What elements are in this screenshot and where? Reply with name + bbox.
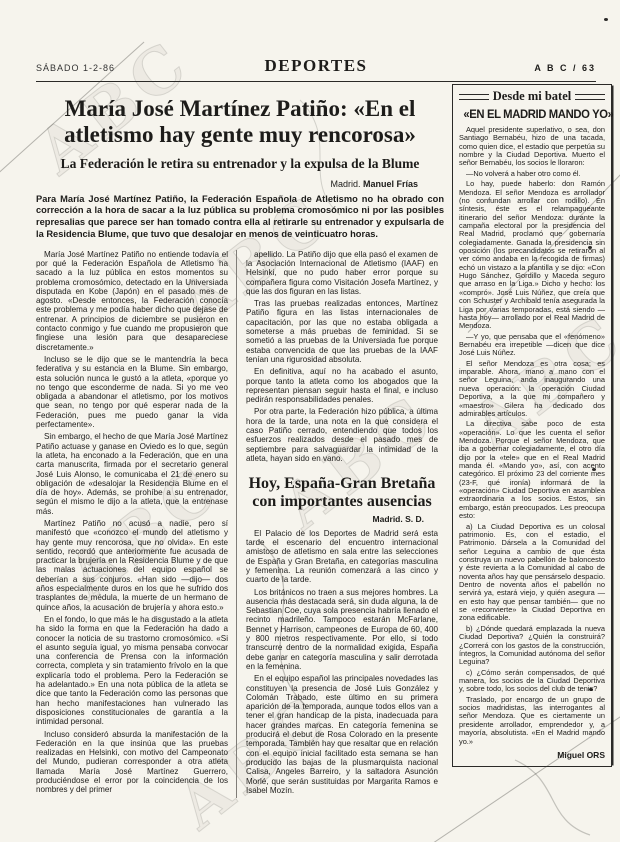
byline-author: Manuel Frías [363, 179, 418, 189]
title-rule-right [575, 94, 605, 100]
paragraph: Incluso consideró absurda la manifestaci… [36, 730, 228, 795]
scan-speck [604, 18, 608, 21]
subarticle-title-line-1: Hoy, España-Gran Bretaña [246, 475, 438, 493]
paragraph: Sin embargo, el hecho de que María José … [36, 432, 228, 516]
opinion-signature: Miguel ORS [459, 750, 605, 760]
paragraph: Incluso se le dijo que se le mantendría … [36, 355, 228, 429]
paragraph: Lo hay, puede haberlo: don Ramón Mendoza… [459, 180, 605, 330]
paragraph: Traslado, por encargo de un grupo de soc… [459, 696, 605, 746]
opinion-body: Aquel presidente superlativo, o sea, don… [459, 126, 605, 746]
paragraph: Aquel presidente superlativo, o sea, don… [459, 126, 605, 168]
paragraph: El señor Mendoza es otra cosa; es impara… [459, 360, 605, 419]
paragraph: Martínez Patiño no acusó a nadie, pero s… [36, 519, 228, 612]
subarticle: Hoy, España-Gran Bretaña con importantes… [246, 475, 438, 795]
paragraph: La directiva sabe poco de esta «operació… [459, 420, 605, 520]
article-byline: Madrid. Manuel Frías [36, 179, 418, 189]
newspaper-page: ABC ABC ABC ABC ABC ABC SÁBADO 1-2-86 DE… [0, 0, 620, 842]
article-column-right: apellido. La Patiño dijo que ella pasó e… [236, 250, 438, 798]
column-right-text: apellido. La Patiño dijo que ella pasó e… [246, 250, 438, 464]
paragraph: María José Martínez Patiño no entiende t… [36, 250, 228, 352]
headline-line-2: atletismo hay gente muy rencorosa» [36, 122, 444, 148]
article-headline: María José Martínez Patiño: «En el atlet… [36, 96, 444, 148]
paragraph: —Y yo, que pensaba que el «fenómeno» Ber… [459, 333, 605, 358]
opinion-column-box: Desde mi batel «EN EL MADRID MANDO YO» A… [452, 84, 612, 767]
opinion-headline: «EN EL MADRID MANDO YO» [463, 107, 600, 121]
main-article: María José Martínez Patiño: «En el atlet… [36, 86, 444, 798]
paragraph: apellido. La Patiño dijo que ella pasó e… [246, 250, 438, 296]
section-title: DEPORTES [186, 56, 446, 76]
title-rule-left [459, 94, 489, 100]
subarticle-title: Hoy, España-Gran Bretaña con importantes… [246, 475, 438, 511]
paragraph: Por otra parte, la Federación hizo públi… [246, 407, 438, 463]
article-columns: María José Martínez Patiño no entiende t… [36, 250, 444, 798]
subarticle-byline: Madrid. S. D. [246, 515, 424, 525]
paragraph: El Palacio de los Deportes de Madrid ser… [246, 529, 438, 585]
headline-line-1: María José Martínez Patiño: «En el [36, 96, 444, 122]
article-subhead: La Federación le retira su entrenador y … [36, 156, 444, 172]
paragraph: —No volverá a haber otro como él. [459, 170, 605, 178]
lead-paragraph: Para María José Martínez Patiño, la Fede… [36, 194, 444, 241]
paragraph: Tras las pruebas realizadas entonces, Ma… [246, 299, 438, 364]
paragraph: Los británicos no traen a sus mejores ho… [246, 588, 438, 672]
subarticle-title-line-2: con importantes ausencias [246, 493, 438, 511]
paragraph: En el fondo, lo que más le ha disgustado… [36, 615, 228, 727]
article-column-left: María José Martínez Patiño no entiende t… [36, 250, 228, 798]
opinion-column-title: Desde mi batel [493, 89, 571, 104]
subarticle-text: El Palacio de los Deportes de Madrid ser… [246, 529, 438, 795]
page-number: A B C / 63 [446, 63, 596, 73]
paragraph: c) ¿Cómo serán compensados, de qué maner… [459, 669, 605, 694]
paragraph: a) La Ciudad Deportiva es un colosal pat… [459, 523, 605, 623]
paragraph: En definitiva, aquí no ha acabado el asu… [246, 367, 438, 404]
paragraph: En el equipo español las principales nov… [246, 674, 438, 795]
page-header: SÁBADO 1-2-86 DEPORTES A B C / 63 [36, 56, 596, 82]
date-label: SÁBADO 1-2-86 [36, 63, 186, 73]
opinion-column-titlebar: Desde mi batel [459, 89, 605, 104]
byline-city: Madrid. [330, 179, 360, 189]
paragraph: b) ¿Dónde quedará emplazada la nueva Ciu… [459, 625, 605, 667]
